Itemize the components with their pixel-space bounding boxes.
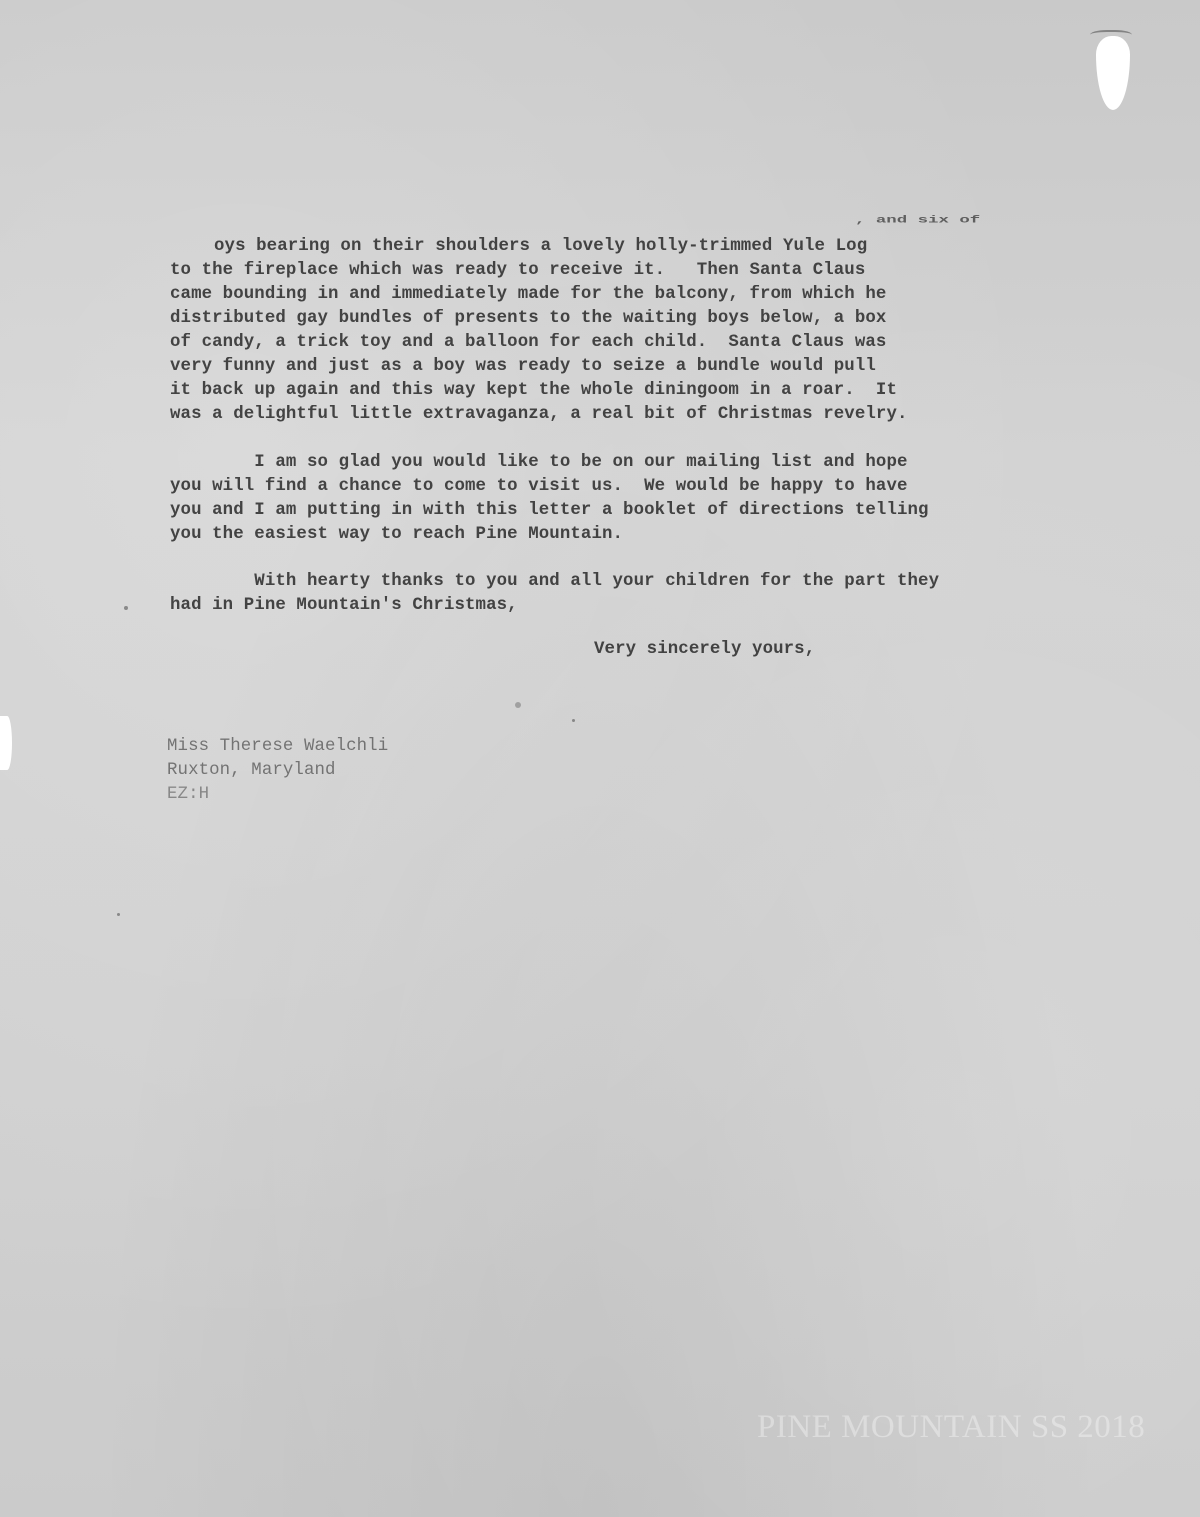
reference-initials: EZ:H: [167, 783, 209, 807]
ink-speck: [117, 913, 120, 916]
body-line: distributed gay bundles of presents to t…: [170, 307, 886, 331]
body-line: With hearty thanks to you and all your c…: [170, 570, 939, 594]
body-line: to the fireplace which was ready to rece…: [170, 259, 865, 283]
body-line: you the easiest way to reach Pine Mounta…: [170, 523, 623, 547]
ink-speck: [515, 702, 521, 708]
paper-tear-notch: [0, 716, 12, 770]
ink-speck: [572, 719, 575, 722]
letter-page: , and six of oys bearing on their should…: [0, 0, 1200, 1517]
body-line: you and I am putting in with this letter…: [170, 499, 929, 523]
body-line: of candy, a trick toy and a balloon for …: [170, 331, 886, 355]
watermark: PINE MOUNTAIN SS 2018: [757, 1409, 1145, 1446]
body-line: you will find a chance to come to visit …: [170, 475, 908, 499]
body-line: very funny and just as a boy was ready t…: [170, 355, 876, 379]
top-line-fragment: , and six of: [855, 214, 980, 228]
body-line: had in Pine Mountain's Christmas,: [170, 594, 518, 618]
recipient-name: Miss Therese Waelchli: [167, 735, 388, 759]
body-line: came bounding in and immediately made fo…: [170, 283, 886, 307]
punch-hole: [1096, 36, 1130, 110]
body-line: oys bearing on their shoulders a lovely …: [214, 235, 867, 259]
body-line: I am so glad you would like to be on our…: [170, 451, 908, 475]
ink-speck: [124, 606, 128, 610]
closing: Very sincerely yours,: [594, 638, 815, 662]
recipient-address: Ruxton, Maryland: [167, 759, 336, 783]
body-line: it back up again and this way kept the w…: [170, 379, 897, 403]
body-line: was a delightful little extravaganza, a …: [170, 403, 908, 427]
